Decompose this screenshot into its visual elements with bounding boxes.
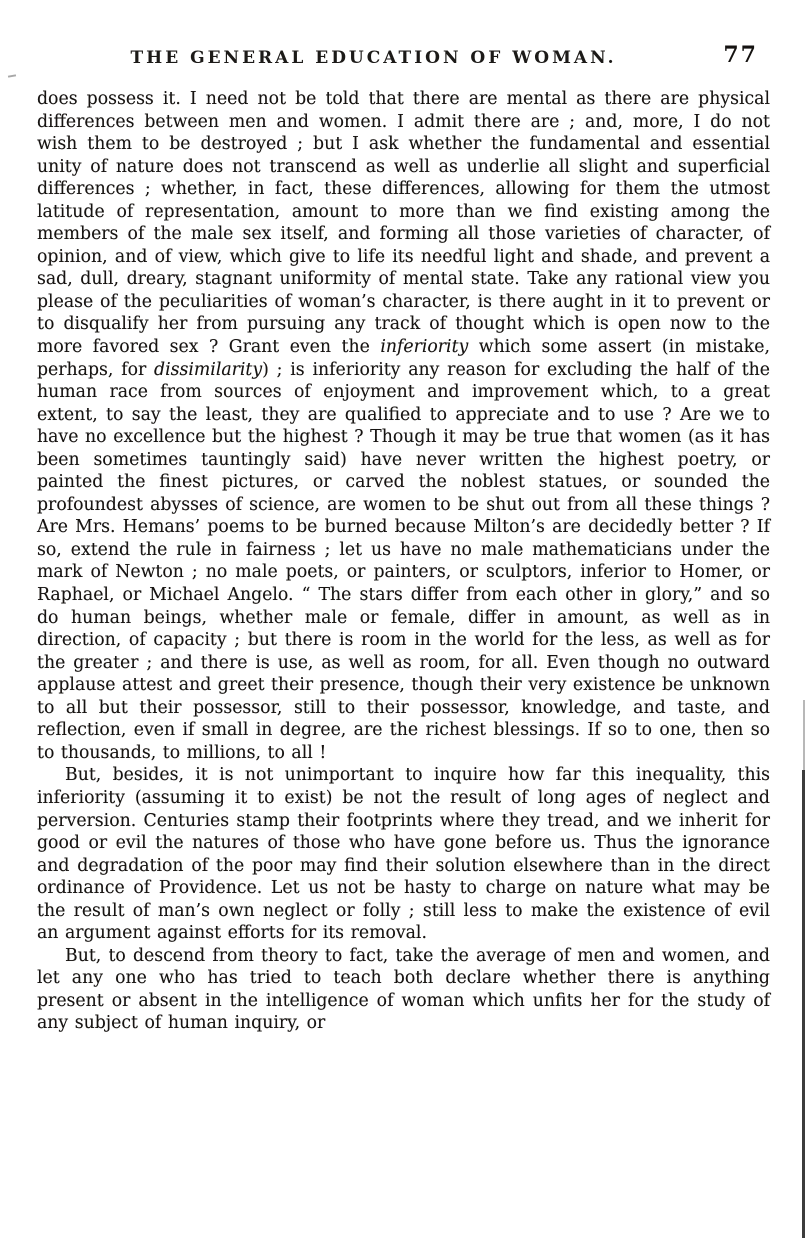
text-run: But, besides, it is not unimportant to i… [37, 765, 770, 943]
running-title: THE GENERAL EDUCATION OF WOMAN. [37, 48, 710, 68]
italic-text: dissimilarity [154, 360, 262, 380]
paragraph: But, besides, it is not unimportant to i… [37, 764, 770, 944]
text-run: But, to descend from theory to fact, tak… [37, 946, 770, 1034]
paragraph: does possess it. I need not be told that… [37, 88, 770, 764]
text-run: ) ; is inferiority any reason for exclud… [37, 360, 770, 763]
book-page: THE GENERAL EDUCATION OF WOMAN. 77 does … [0, 0, 805, 1243]
italic-text: inferiority [380, 337, 468, 357]
scan-speck [8, 74, 16, 77]
text-run: does possess it. I need not be told that… [37, 89, 770, 357]
page-number: 77 [723, 42, 758, 68]
page-header: THE GENERAL EDUCATION OF WOMAN. 77 [37, 44, 770, 72]
paragraph: But, to descend from theory to fact, tak… [37, 945, 770, 1035]
body-text: does possess it. I need not be told that… [37, 88, 770, 1035]
